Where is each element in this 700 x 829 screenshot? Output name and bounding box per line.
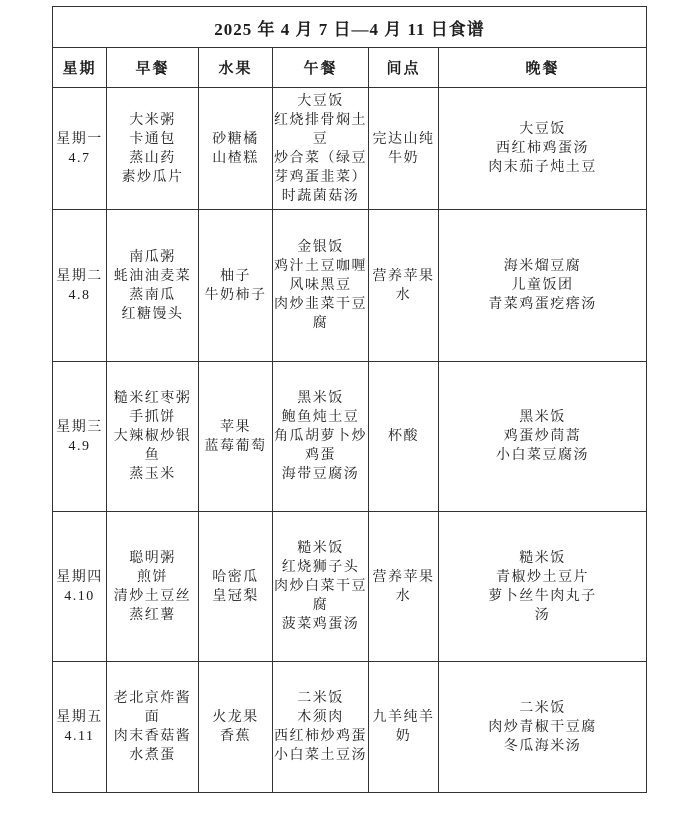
cell-breakfast: 聪明粥 煎饼 清炒土豆丝 蒸红薯 (107, 512, 199, 662)
cell-fruit: 哈密瓜 皇冠梨 (199, 512, 273, 662)
cell-lunch: 金银饭 鸡汁土豆咖喱 风味黑豆 肉炒韭菜干豆腐 (273, 210, 369, 362)
cell-fruit: 柚子 牛奶柿子 (199, 210, 273, 362)
cell-day: 星期二 4.8 (53, 210, 107, 362)
cell-breakfast: 老北京炸酱面 肉末香菇酱 水煮蛋 (107, 662, 199, 793)
cell-fruit: 砂糖橘 山楂糕 (199, 88, 273, 210)
cell-fruit: 火龙果 香蕉 (199, 662, 273, 793)
cell-snack: 营养苹果水 (369, 512, 439, 662)
table-row-monday: 星期一 4.7 大米粥 卡通包 蒸山药 素炒瓜片 砂糖橘 山楂糕 大豆饭 红烧排… (53, 88, 647, 210)
header-day: 星期 (53, 48, 107, 88)
header-breakfast: 早餐 (107, 48, 199, 88)
cell-snack: 九羊纯羊奶 (369, 662, 439, 793)
document-page: 2025 年 4 月 7 日—4 月 11 日食谱 星期 早餐 水果 午餐 间点… (0, 0, 700, 829)
cell-snack: 杯酸 (369, 362, 439, 512)
table-row-friday: 星期五 4.11 老北京炸酱面 肉末香菇酱 水煮蛋 火龙果 香蕉 二米饭 木须肉… (53, 662, 647, 793)
cell-day: 星期三 4.9 (53, 362, 107, 512)
header-snack: 间点 (369, 48, 439, 88)
header-lunch: 午餐 (273, 48, 369, 88)
cell-dinner: 二米饭 肉炒青椒干豆腐 冬瓜海米汤 (439, 662, 647, 793)
cell-dinner: 糙米饭 青椒炒土豆片 萝卜丝牛肉丸子汤 (439, 512, 647, 662)
header-fruit: 水果 (199, 48, 273, 88)
cell-fruit: 苹果 蓝莓葡萄 (199, 362, 273, 512)
header-row: 星期 早餐 水果 午餐 间点 晚餐 (53, 48, 647, 88)
cell-day: 星期一 4.7 (53, 88, 107, 210)
cell-snack: 营养苹果水 (369, 210, 439, 362)
cell-day: 星期四 4.10 (53, 512, 107, 662)
cell-lunch: 大豆饭 红烧排骨焖土豆 炒合菜（绿豆芽鸡蛋韭菜） 时蔬菌菇汤 (273, 88, 369, 210)
cell-breakfast: 糙米红枣粥 手抓饼 大辣椒炒银鱼 蒸玉米 (107, 362, 199, 512)
cell-breakfast: 大米粥 卡通包 蒸山药 素炒瓜片 (107, 88, 199, 210)
cell-lunch: 黑米饭 鲍鱼炖土豆 角瓜胡萝卜炒鸡蛋 海带豆腐汤 (273, 362, 369, 512)
table-row-thursday: 星期四 4.10 聪明粥 煎饼 清炒土豆丝 蒸红薯 哈密瓜 皇冠梨 糙米饭 红烧… (53, 512, 647, 662)
cell-lunch: 二米饭 木须肉 西红柿炒鸡蛋 小白菜土豆汤 (273, 662, 369, 793)
title-row: 2025 年 4 月 7 日—4 月 11 日食谱 (53, 7, 647, 48)
table-row-tuesday: 星期二 4.8 南瓜粥 蚝油油麦菜 蒸南瓜 红糖馒头 柚子 牛奶柿子 金银饭 鸡… (53, 210, 647, 362)
cell-day: 星期五 4.11 (53, 662, 107, 793)
menu-table: 2025 年 4 月 7 日—4 月 11 日食谱 星期 早餐 水果 午餐 间点… (52, 6, 647, 793)
header-dinner: 晚餐 (439, 48, 647, 88)
cell-breakfast: 南瓜粥 蚝油油麦菜 蒸南瓜 红糖馒头 (107, 210, 199, 362)
cell-dinner: 大豆饭 西红柿鸡蛋汤 肉末茄子炖土豆 (439, 88, 647, 210)
table-row-wednesday: 星期三 4.9 糙米红枣粥 手抓饼 大辣椒炒银鱼 蒸玉米 苹果 蓝莓葡萄 黑米饭… (53, 362, 647, 512)
cell-lunch: 糙米饭 红烧狮子头 肉炒白菜干豆腐 菠菜鸡蛋汤 (273, 512, 369, 662)
cell-snack: 完达山纯牛奶 (369, 88, 439, 210)
cell-dinner: 黑米饭 鸡蛋炒茼蒿 小白菜豆腐汤 (439, 362, 647, 512)
page-title: 2025 年 4 月 7 日—4 月 11 日食谱 (53, 7, 647, 48)
cell-dinner: 海米熘豆腐 儿童饭团 青菜鸡蛋疙瘩汤 (439, 210, 647, 362)
